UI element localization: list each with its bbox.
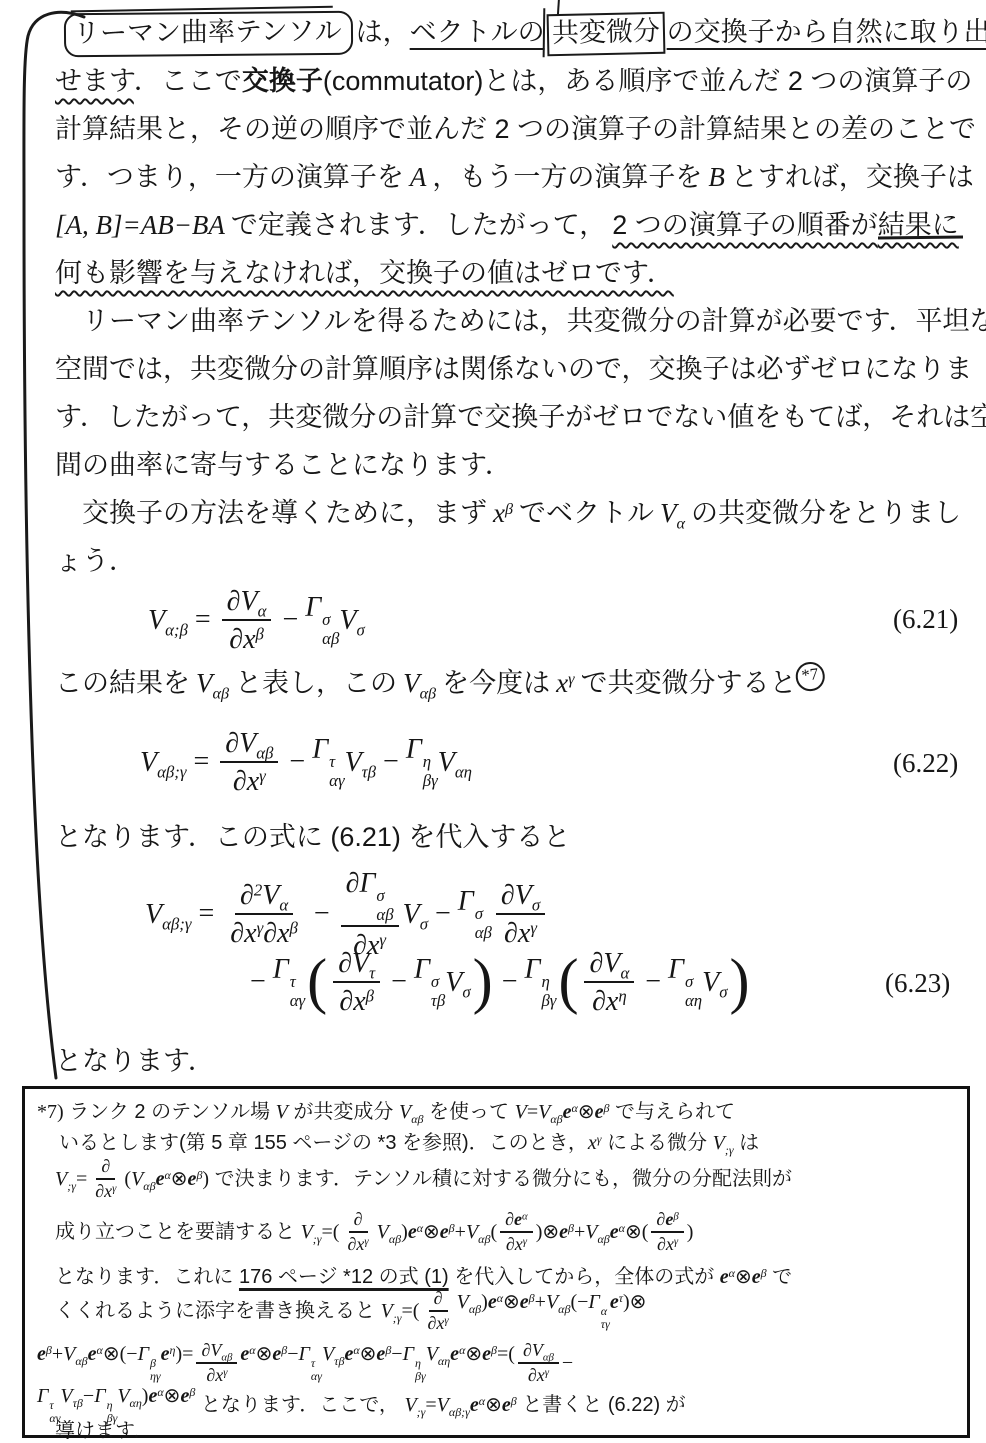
- denominator: ∂xγ: [201, 1364, 232, 1386]
- partial-symbol: ∂: [523, 1340, 532, 1360]
- text-riemann-tensor: リーマン曲率テンソル: [73, 16, 342, 48]
- upper-index: σ: [322, 611, 339, 630]
- upper-index: η: [423, 753, 438, 772]
- lower-index: αβ: [376, 906, 393, 925]
- math-fraction: ∂∂xγ: [422, 1288, 453, 1334]
- superscript: γ: [259, 767, 266, 786]
- subscript: σ: [719, 982, 727, 1001]
- lower-index: βγ: [423, 772, 438, 791]
- subscript: τβ: [362, 762, 376, 781]
- math-var: V: [345, 747, 362, 778]
- superscript: η: [618, 987, 626, 1006]
- right-paren: ): [481, 1291, 488, 1313]
- math-fraction: ∂Vτ ∂xβ: [333, 946, 380, 1018]
- subscript: σ: [356, 620, 364, 639]
- subscript: α: [620, 964, 629, 983]
- text: くくれるように添字を書き換えると: [55, 1299, 375, 1324]
- lower-index: αη: [685, 992, 702, 1011]
- basis-vector: e: [272, 1343, 281, 1365]
- lower-index: αγ: [329, 772, 344, 791]
- right-paren: ): [401, 1221, 408, 1243]
- math-var: V: [377, 1221, 389, 1243]
- math-V-ab: Vαβ: [399, 1100, 424, 1125]
- lower-index: αβ: [322, 630, 339, 649]
- math-var: V: [438, 747, 455, 778]
- footnote-line6: くくれるように添字を書き換えると V;γ=(∂∂xγVαβ)eα⊗eβ+Vαβ(…: [55, 1285, 646, 1337]
- equation-6-22: Vαβ;γ = ∂Vαβ ∂xγ − Γταγ Vτβ − Γηβγ Vαη: [140, 726, 472, 798]
- equals-sign: =: [182, 1343, 193, 1365]
- math-V-ab: Vαβ: [196, 666, 229, 701]
- text: 2 つの演算子の順番が: [612, 210, 878, 240]
- partial-symbol: ∂: [501, 880, 515, 911]
- math-var: V: [241, 586, 258, 617]
- math-var: x: [588, 1132, 597, 1154]
- minus-sign: −: [83, 1385, 94, 1407]
- mid-line-2: となります．この式に (6.21) を代入すると: [55, 820, 570, 855]
- text: いるとします(第 5 章 155 ページの *3 を参照)．このとき，: [59, 1131, 588, 1156]
- math-var: V: [262, 880, 279, 911]
- lower-index: ηγ: [150, 1370, 161, 1383]
- p1-line3: 計算結果と，その逆の順序で並んだ 2 つの演算子の計算結果との差のことで: [55, 112, 976, 147]
- big-right-paren: ): [730, 951, 750, 1013]
- math-var: x: [515, 1234, 523, 1254]
- numerator: ∂Γσαβ: [341, 866, 399, 928]
- math-var: V: [585, 1221, 597, 1243]
- basis-vector: e: [240, 1343, 249, 1365]
- christoffel-symbol: Γταγ: [312, 733, 344, 791]
- stacked-indices: σαβ: [376, 887, 393, 925]
- lower-index: βγ: [541, 992, 556, 1011]
- math-commutator-definition: [A, B]=AB−BA: [55, 210, 225, 240]
- superscript: γ: [112, 1183, 116, 1195]
- denominator: ∂xγ: [228, 763, 271, 798]
- basis-vector: e: [450, 1343, 459, 1365]
- math-fraction: ∂Vαβ∂xγ: [518, 1340, 559, 1386]
- math-fraction: ∂Vα ∂xη: [584, 946, 634, 1018]
- tensor-product-symbol: ⊗: [630, 1291, 647, 1313]
- upper-index: η: [107, 1399, 118, 1412]
- partial-symbol: ∂: [227, 586, 241, 617]
- math-fraction: ∂Vαβ ∂xγ: [220, 726, 278, 798]
- minus-sign: −: [502, 966, 518, 998]
- equals-sign: =: [198, 898, 214, 930]
- math-var: x: [666, 1234, 674, 1254]
- big-left-paren: (: [307, 951, 327, 1013]
- math-var: V: [546, 1291, 558, 1313]
- mid-line-1: この結果をVαβと表し，このVαβを今度はxγで共変微分すると*7: [55, 666, 825, 703]
- subscript: αβ: [478, 1231, 490, 1245]
- partial-symbol: ∂: [95, 1181, 104, 1201]
- stacked-indices: σαβ: [322, 611, 339, 649]
- gamma-symbol: Γ: [299, 1343, 310, 1365]
- math-var: V: [445, 967, 462, 998]
- math-var: x: [493, 498, 505, 528]
- text: 成り立つことを要請すると: [55, 1220, 295, 1245]
- minus-sign: −: [562, 1351, 573, 1376]
- text: で: [772, 1265, 792, 1290]
- superscript: γ: [444, 1315, 448, 1327]
- subscript: σ: [532, 896, 540, 915]
- gamma-symbol: Γ: [138, 1343, 149, 1365]
- subscript: τ: [369, 964, 375, 983]
- basis-vector: e: [610, 1291, 619, 1313]
- right-paren: ): [623, 1291, 630, 1313]
- math-fraction: ∂eα∂xγ: [500, 1209, 533, 1255]
- wavy-underlined-text: 何も影響を与えなければ，交換子の値はゼロです．: [55, 258, 674, 288]
- math-expression: eβ+Vαβeα⊗(−Γβηγeη)=: [37, 1342, 193, 1383]
- stacked-indices: βηγ: [150, 1357, 161, 1384]
- basis-vector: e: [470, 1394, 479, 1416]
- superscript: β: [603, 1101, 609, 1115]
- subscript: α: [279, 896, 288, 915]
- text: が共変成分: [293, 1100, 393, 1125]
- tensor-product-symbol: ⊗: [578, 1101, 595, 1123]
- math-fraction: ∂∂xγ: [90, 1156, 121, 1202]
- subscript: αβ;γ: [162, 914, 191, 933]
- minus-sign: −: [435, 898, 451, 930]
- math-fraction: ∂Vα ∂xβ: [222, 584, 272, 656]
- gamma-symbol: Γ: [273, 954, 289, 985]
- text: を今度は: [442, 668, 550, 698]
- basis-vector: e: [344, 1343, 353, 1365]
- subscript: αβ: [389, 1231, 401, 1245]
- numerator: ∂Vσ: [496, 878, 545, 915]
- footnote-line9: 導けます．: [55, 1419, 153, 1443]
- math-expression: eα⊗eβ−ΓταγVτβeα⊗eβ−ΓηβγVαηeα⊗eβ=(: [240, 1342, 515, 1383]
- math-var: V: [148, 605, 165, 636]
- left-paren: (: [490, 1221, 497, 1243]
- partial-symbol: ∂: [506, 1234, 515, 1254]
- p2-line2: 空間では，共変微分の計算順序は関係ないので，交換子は必ずゼロになりま: [55, 352, 972, 387]
- superscript: β: [761, 1266, 767, 1280]
- math-var: V: [301, 1221, 313, 1243]
- text-with-straight-line: 結果に: [878, 210, 959, 240]
- subscript: αβ: [598, 1231, 610, 1245]
- partial-symbol: ∂: [338, 948, 352, 979]
- footnote-line1: *7) ランク 2 のテンソル場 V が共変成分 Vαβ を使って V=Vαβe…: [37, 1097, 735, 1127]
- text: で定義されます．したがって，: [231, 210, 606, 240]
- math-V-sigma: Vσ: [403, 898, 428, 931]
- equals-sign: =: [76, 1167, 87, 1192]
- superscript: γ: [530, 919, 537, 938]
- basis-vector: e: [180, 1385, 189, 1407]
- math-V-covariant: Vαβ;γ: [145, 898, 191, 931]
- lower-index: τβ: [431, 992, 445, 1011]
- stacked-indices: ταγ: [290, 973, 305, 1011]
- subscript: αη: [130, 1396, 142, 1410]
- text: で共変微分すると: [581, 668, 797, 698]
- upper-index: σ: [376, 887, 393, 906]
- stacked-indices: ηβγ: [423, 753, 438, 791]
- math-x-gamma: xγ: [556, 666, 574, 701]
- equals-sign: =: [497, 1343, 508, 1365]
- partial-symbol: ∂: [656, 1209, 665, 1229]
- equals-sign: =: [193, 746, 209, 778]
- superscript: γ: [674, 1236, 678, 1248]
- math-var: V: [404, 1394, 416, 1416]
- text: す．したがって，共変微分の計算で交換子がゼロでない値をもてば，それは空: [55, 402, 986, 432]
- text: となります．この式に (6.21) を代入すると: [55, 822, 570, 852]
- equation-6-21: Vα;β = ∂Vα ∂xβ − Γσαβ Vσ: [148, 584, 365, 656]
- math-var-A: A: [410, 162, 427, 192]
- tensor-product-symbol: ⊗: [542, 1221, 559, 1243]
- gamma-symbol: Γ: [312, 734, 328, 765]
- tensor-product-symbol: ⊗: [485, 1394, 502, 1416]
- math-var: V: [466, 1221, 478, 1243]
- math-V: V: [276, 1100, 288, 1125]
- superscript: 2: [254, 881, 262, 900]
- upper-index: σ: [475, 905, 492, 924]
- subscript: αβ: [411, 1111, 423, 1125]
- subscript: τβ: [334, 1354, 344, 1368]
- text: による微分: [607, 1131, 707, 1156]
- math-expression: Vαβ)eα⊗eβ+Vαβ(−Γατγeτ)⊗: [457, 1290, 647, 1331]
- after-eq623-line: となります．: [55, 1044, 215, 1079]
- handwritten-box-riemann-tensor: リーマン曲率テンソル: [64, 11, 353, 58]
- math-var: x: [243, 624, 255, 655]
- math-var: V: [339, 605, 356, 636]
- text: 間の曲率に寄与することになります．: [55, 450, 512, 480]
- text: 計算結果と，その逆の順序で並んだ 2 つの演算子の計算結果との差のことで: [55, 114, 976, 144]
- stacked-indices: ταγ: [311, 1357, 322, 1384]
- equation-number-623: (6.23): [885, 968, 950, 999]
- equals-sign: =: [195, 604, 211, 636]
- big-right-paren: ): [473, 951, 493, 1013]
- math-V-covariant: Vαβ;γ: [140, 746, 186, 779]
- math-x-beta: xβ: [493, 496, 513, 531]
- numerator: ∂Vα: [222, 584, 272, 621]
- math-var: V: [515, 1101, 527, 1123]
- text: の交換子から自然に取り出: [667, 17, 986, 47]
- tensor-product-symbol: ⊗: [164, 1385, 181, 1407]
- superscript: β: [505, 500, 513, 518]
- subscript: αη: [438, 1354, 450, 1368]
- math-var: V: [538, 1101, 550, 1123]
- stacked-indices: σαη: [685, 973, 702, 1011]
- basis-vector: e: [559, 1221, 568, 1243]
- text: となります．ここで，: [201, 1393, 399, 1418]
- stacked-indices: ταγ: [329, 753, 344, 791]
- text: とすれば，交換子は: [731, 162, 974, 192]
- lower-index: αγ: [290, 992, 305, 1011]
- denominator: ∂xβ: [334, 983, 379, 1018]
- subscript: α: [258, 602, 267, 621]
- superscript: γ: [568, 670, 574, 688]
- equation-number-622: (6.22): [893, 748, 958, 779]
- tensor-product-symbol: ⊗: [103, 1343, 120, 1365]
- math-var: V: [515, 880, 532, 911]
- partial-symbol: ∂: [346, 868, 360, 899]
- math-var: V: [437, 1394, 449, 1416]
- math-V-ab: Vαβ: [403, 666, 436, 701]
- upper-index: α: [601, 1305, 610, 1318]
- lower-index: αγ: [311, 1370, 322, 1383]
- tensor-product-symbol: ⊗: [171, 1168, 188, 1190]
- denominator: ∂xγ: [501, 1233, 532, 1255]
- gamma-symbol: Γ: [588, 1291, 599, 1313]
- math-var: V: [60, 1385, 72, 1407]
- superscript: β: [189, 1385, 195, 1399]
- plus-sign: +: [455, 1221, 466, 1243]
- subscript: αβ;γ: [157, 762, 186, 781]
- math-var: x: [537, 1365, 545, 1385]
- math-var: V: [210, 1340, 221, 1360]
- partial-symbol: ∂: [225, 728, 239, 759]
- superscript: β: [256, 625, 264, 644]
- subscript: αβ: [143, 1178, 155, 1192]
- minus-sign: −: [391, 1343, 402, 1365]
- subscript: α;β: [165, 620, 188, 639]
- basis-vector: e: [610, 1221, 619, 1243]
- text: ょう．: [55, 546, 136, 576]
- basis-vector: e: [440, 1221, 449, 1243]
- numerator: ∂eα: [500, 1209, 533, 1233]
- denominator: ∂xγ: [90, 1180, 121, 1202]
- subscript: αβ: [469, 1302, 481, 1316]
- subscript: αβ: [550, 1111, 562, 1125]
- p1-line4: す．つまり，一方の演算子をA，もう一方の演算子をBとすれば，交換子は: [55, 160, 974, 195]
- gamma-symbol: Γ: [359, 868, 375, 899]
- upper-index: τ: [311, 1357, 322, 1370]
- math-var: V: [352, 948, 369, 979]
- math-var: x: [247, 766, 259, 797]
- partial-symbol: ∂: [505, 1209, 514, 1229]
- text: でベクトル: [519, 498, 654, 528]
- basis-vector: e: [482, 1343, 491, 1365]
- tensor-product-symbol: ⊗: [423, 1221, 440, 1243]
- lower-index: βγ: [415, 1370, 426, 1383]
- tensor-product-symbol: ⊗: [625, 1221, 642, 1243]
- math-var: V: [713, 1132, 725, 1154]
- wavy-underlined-run: 2 つの演算子の順番が結果に: [612, 210, 959, 240]
- math-var: V: [399, 1101, 411, 1123]
- lower-index: τγ: [601, 1318, 610, 1331]
- math-V-semicolon-gamma: V;γ: [301, 1220, 322, 1245]
- big-left-paren: (: [558, 951, 578, 1013]
- superscript: γ: [597, 1132, 602, 1146]
- p3-line1: 交換子の方法を導くために，まずxβでベクトルVαの共変微分をとりまし: [82, 496, 961, 531]
- left-paren: (: [508, 1343, 515, 1365]
- p1-line2: せます．ここで交換子(commutator)とは，ある順序で並んだ 2 つの演算…: [55, 64, 972, 99]
- footnote-line8: ΓταγVτβ−ΓηβγVαη)eα⊗eβ となります．ここで， V;γ=Vαβ…: [37, 1389, 686, 1421]
- text: この結果を: [55, 668, 190, 698]
- text: と書くと (6.22) が: [522, 1393, 685, 1418]
- p1-line5: [A, B]=AB−BAで定義されます．したがって，2 つの演算子の順番が結果に: [55, 208, 959, 243]
- footnote-marker: *7): [37, 1100, 64, 1125]
- gamma-symbol: Γ: [406, 734, 422, 765]
- gamma-symbol: Γ: [668, 954, 684, 985]
- minus-sign: −: [383, 746, 399, 778]
- math-V-sigma: Vσ: [445, 966, 470, 999]
- gamma-symbol: Γ: [305, 592, 321, 623]
- plus-sign: +: [535, 1291, 546, 1313]
- math-V-semicolon-gamma: V;γ: [55, 1167, 76, 1192]
- subscript: αβ: [420, 684, 437, 702]
- math-var: V: [702, 967, 719, 998]
- partial-symbol: ∂: [229, 624, 243, 655]
- text: で決まります．テンソル積に対する微分にも，微分の分配法則が: [215, 1167, 792, 1192]
- basis-vector: e: [88, 1343, 97, 1365]
- partial-symbol: ∂: [592, 986, 606, 1017]
- gamma-symbol: Γ: [458, 886, 474, 917]
- text: ．ここで: [134, 66, 242, 96]
- tensor-product-symbol: ⊗: [503, 1291, 520, 1313]
- christoffel-symbol: Γστβ: [414, 953, 445, 1011]
- p3-line2: ょう．: [55, 544, 136, 579]
- text: ランク 2 のテンソル場: [69, 1100, 270, 1125]
- math-V-tb: Vτβ: [345, 746, 376, 779]
- partial-symbol: ∂: [206, 1365, 215, 1385]
- footnote-line4: 成り立つことを要請すると V;γ=(∂∂xγVαβ)eα⊗eβ+Vαβ(∂eα∂…: [55, 1205, 693, 1259]
- math-var: V: [403, 899, 420, 930]
- equation-number-621: (6.21): [893, 604, 958, 635]
- denominator: ∂xγ: [523, 1364, 554, 1386]
- text-commutator-bold: 交換子: [242, 66, 323, 96]
- stacked-indices: ηβγ: [415, 1357, 426, 1384]
- text: ベクトルの: [410, 17, 545, 47]
- math-var: V: [322, 1343, 334, 1365]
- christoffel-symbol: Γηβγ: [525, 953, 557, 1011]
- text: と表し，この: [235, 668, 397, 698]
- text-covariant-derivative: 共変微分: [551, 16, 660, 48]
- minus-sign: −: [250, 966, 266, 998]
- christoffel-symbol: Γηβγ: [406, 733, 438, 791]
- upper-index: τ: [49, 1399, 60, 1412]
- numerator: ∂Vτ: [333, 946, 380, 983]
- subscript: αη: [455, 762, 472, 781]
- text: は，: [356, 17, 410, 47]
- math-V-semicolon-gamma: V;γ: [713, 1131, 734, 1156]
- stacked-indices: ηβγ: [541, 973, 556, 1011]
- subscript: αβ: [558, 1302, 570, 1316]
- stacked-indices: ατγ: [601, 1305, 610, 1332]
- subscript: αβ: [75, 1354, 87, 1368]
- minus-sign: −: [314, 898, 330, 930]
- subscript: αβ: [213, 684, 230, 702]
- superscript: β: [289, 919, 297, 938]
- partial-symbol: ∂: [240, 880, 254, 911]
- upper-index: τ: [290, 973, 305, 992]
- text: で与えられて: [615, 1100, 735, 1125]
- text: す．つまり，一方の演算子を: [55, 162, 404, 192]
- math-V-sigma: Vσ: [702, 966, 727, 999]
- p2-line3: す．したがって，共変微分の計算で交換子がゼロでない値をもてば，それは空: [55, 400, 986, 435]
- upper-index: σ: [685, 973, 702, 992]
- basis-vector: e: [488, 1291, 497, 1313]
- christoffel-symbol: Γσαβ: [458, 885, 492, 943]
- equals-sign: =: [402, 1299, 413, 1324]
- subscript: τβ: [73, 1396, 83, 1410]
- math-var: V: [603, 948, 620, 979]
- numerator: ∂eβ: [651, 1209, 683, 1233]
- math-var: V: [276, 1101, 288, 1123]
- gamma-symbol: Γ: [94, 1385, 105, 1407]
- denominator: ∂xβ: [224, 621, 269, 656]
- tensor-product-symbol: ⊗: [465, 1343, 482, 1365]
- footnote-line3: V;γ=∂∂xγ(Vαβeα⊗eβ) で決まります．テンソル積に対する微分にも，…: [55, 1153, 792, 1205]
- math-V-covariant: Vα;β: [148, 604, 188, 637]
- partial-symbol: ∂: [339, 986, 353, 1017]
- math-var: V: [381, 1300, 393, 1322]
- math-x-gamma: xγ: [588, 1131, 602, 1156]
- basis-vector: e: [563, 1101, 572, 1123]
- circled-footnote-ref: *7: [794, 661, 826, 693]
- text: を使って: [429, 1100, 509, 1125]
- upper-index: η: [541, 973, 556, 992]
- p1-line1: リーマン曲率テンソルは，ベクトルの共変微分の交換子から自然に取り出: [64, 12, 986, 56]
- math-var: x: [353, 986, 365, 1017]
- math-fraction: ∂eβ∂xγ: [651, 1209, 683, 1255]
